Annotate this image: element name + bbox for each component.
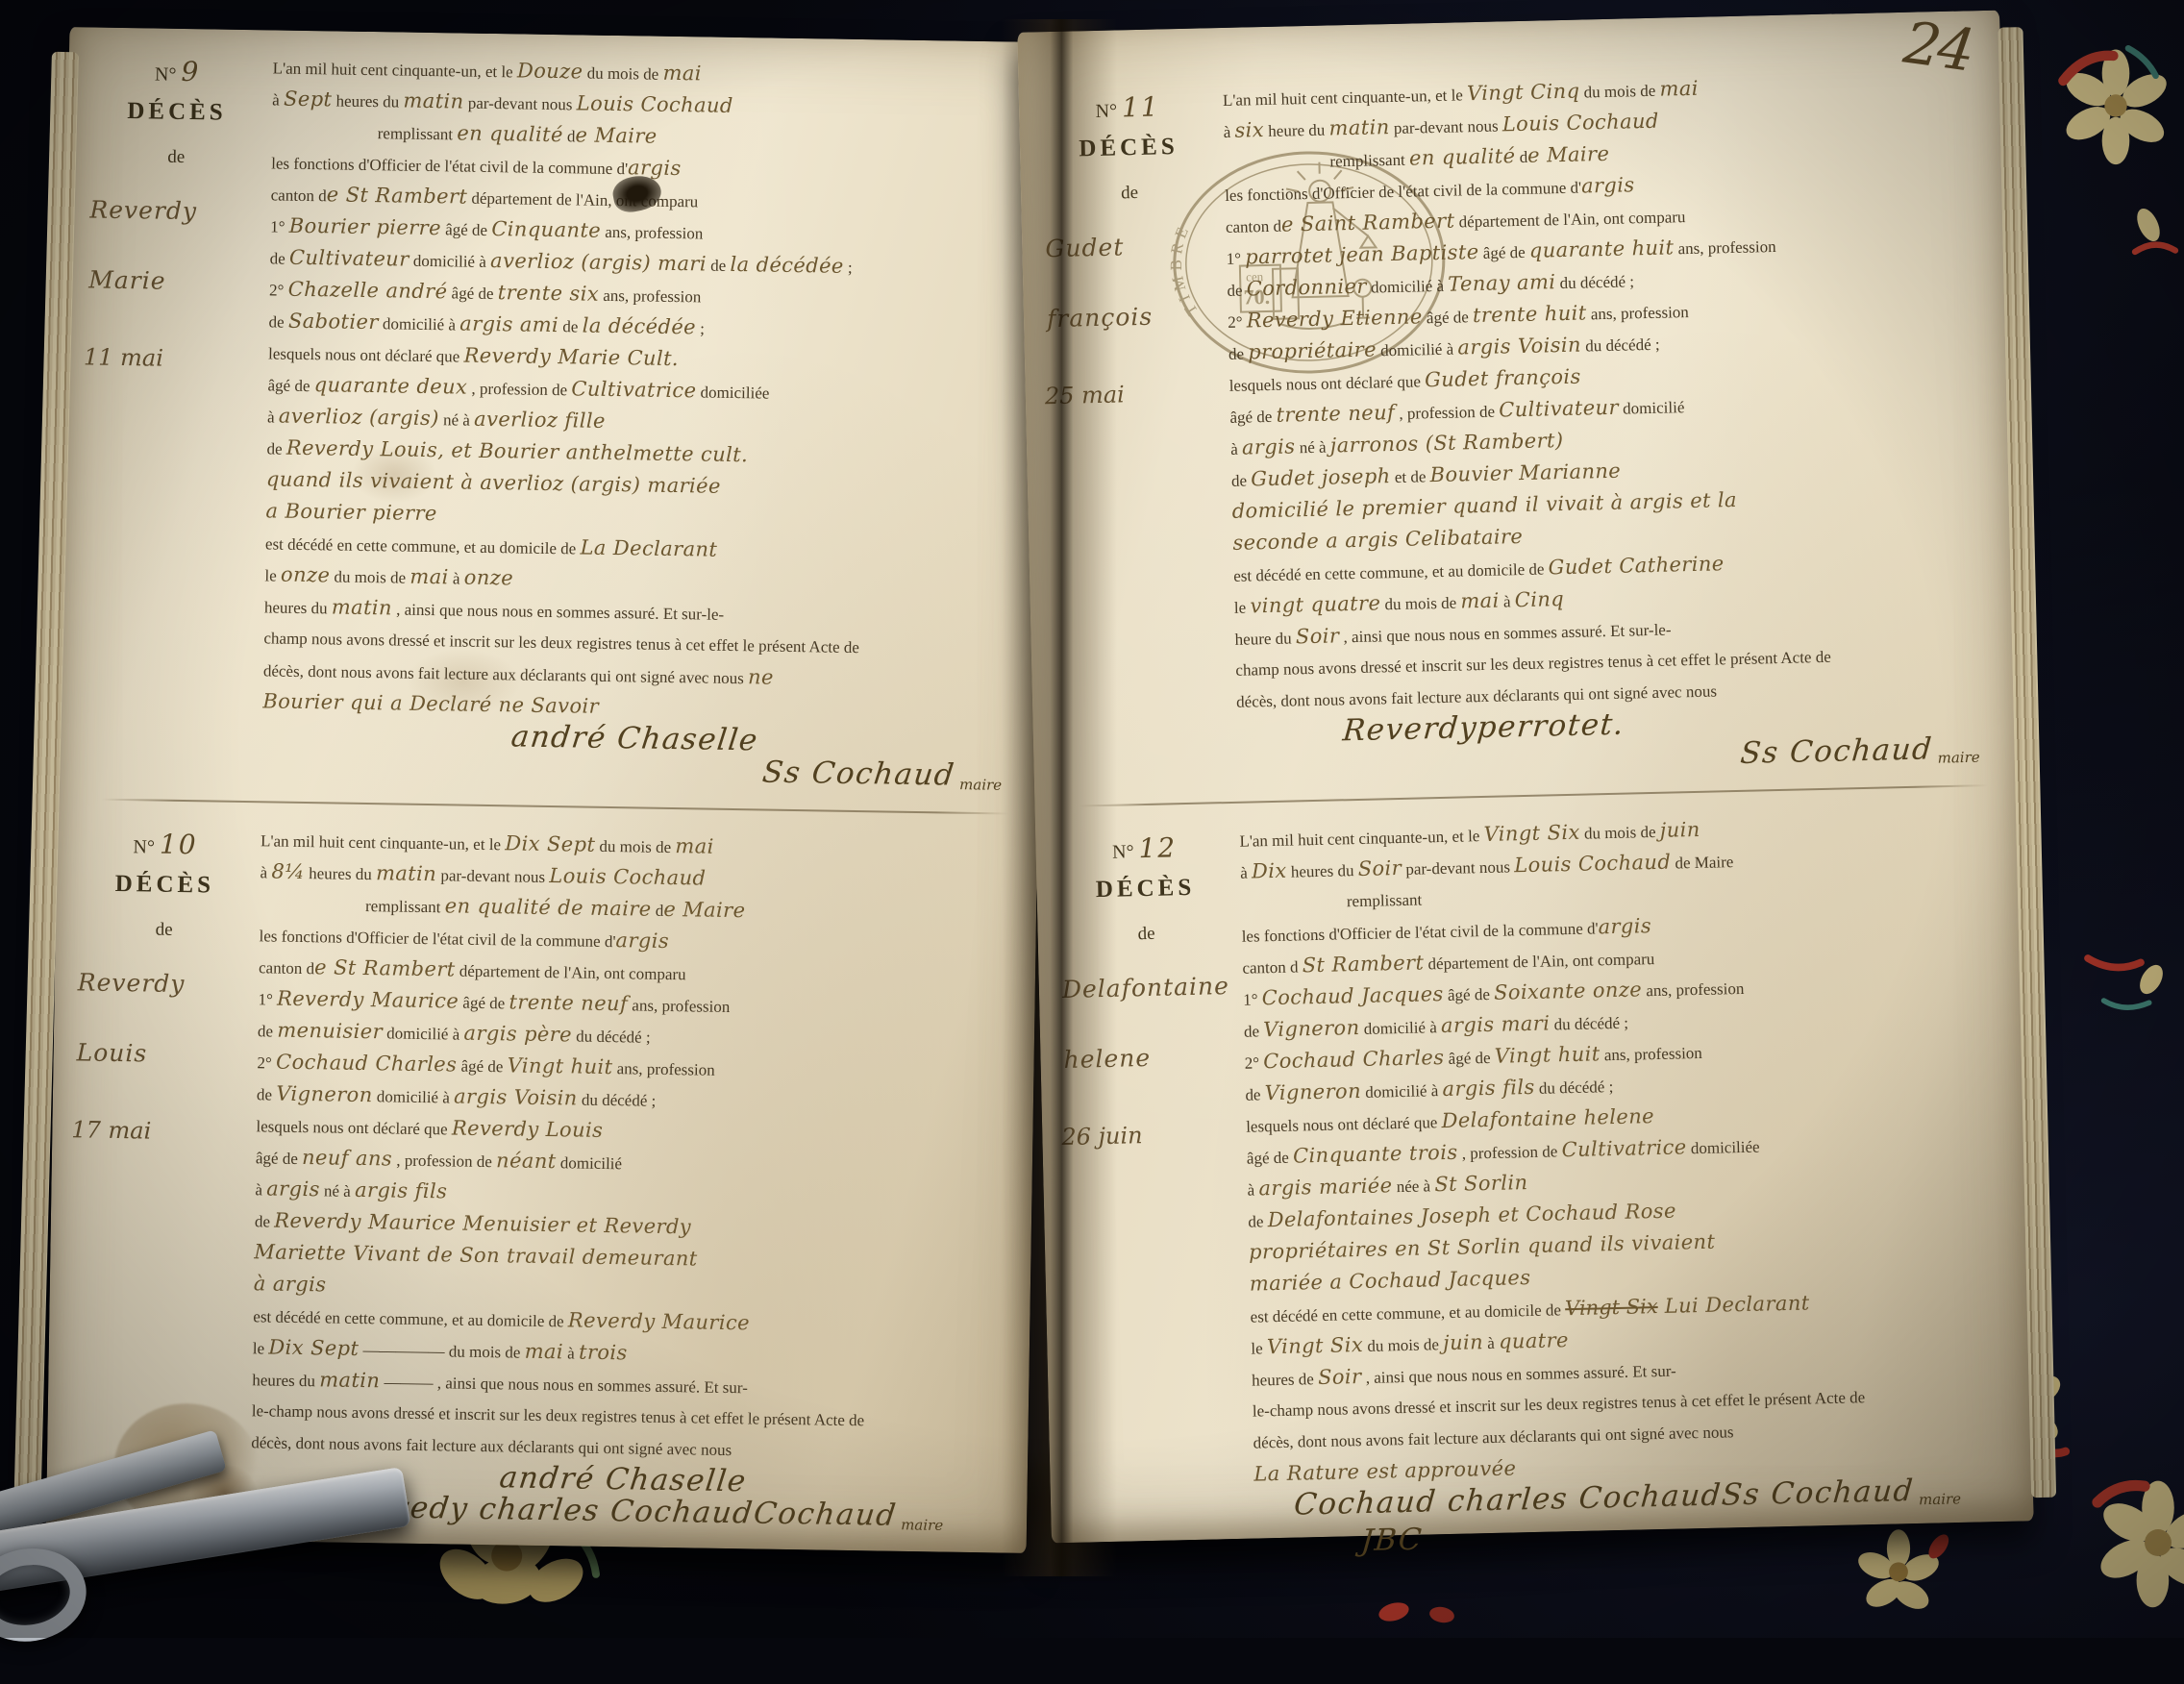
record-body: L'an mil huit cent cinquante-un, et le D… — [261, 53, 1042, 800]
record-type-label: DÉCÈS — [69, 871, 260, 901]
death-record-12: N° 12 DÉCÈS de Delafontaine helene 26 ju… — [1035, 786, 2035, 1570]
margin-death-date: 26 juin — [1055, 1120, 1247, 1151]
flower-icon — [2053, 38, 2178, 173]
flower-icon — [2128, 188, 2184, 275]
record-number: N° 9 — [82, 54, 272, 88]
record-body: cen 70. TIMBRE L'an mil huit cent cinqua… — [1223, 68, 2009, 788]
flower-icon — [2091, 1471, 2184, 1615]
record-number: N° 10 — [70, 828, 261, 862]
margin-deceased-firstname: helene — [1054, 1042, 1245, 1074]
margin-death-date: 11 mai — [78, 343, 268, 373]
corner-page-number: 24 — [1899, 10, 1975, 86]
margin-death-date: 17 mai — [65, 1117, 256, 1147]
page-right: 24 N° 11 DÉCÈS de Gudet françois 25 mai — [1017, 11, 2033, 1544]
record-of-label: de — [68, 919, 259, 943]
death-record-11: N° 11 DÉCÈS de Gudet françois 25 mai — [1017, 11, 2017, 797]
margin-deceased-firstname: Louis — [66, 1039, 257, 1070]
margin-deceased-firstname: Marie — [79, 265, 269, 296]
record-type-label: DÉCÈS — [82, 97, 272, 127]
stamp-arc-text: TIMBRE — [1166, 219, 1202, 319]
record-margin: N° 12 DÉCÈS de Delafontaine helene 26 ju… — [1049, 827, 1255, 1566]
record-body: L'an mil huit cent cinquante-un, et le V… — [1239, 809, 2026, 1561]
record-number: N° 11 — [1032, 89, 1224, 125]
photo-scene: N° 9 DÉCÈS de Reverdy Marie 11 mai L'an … — [0, 0, 2184, 1638]
death-record-9: N° 9 DÉCÈS de Reverdy Marie 11 mai L'an … — [58, 27, 1050, 804]
record-of-label: de — [81, 145, 271, 169]
record-type-label: DÉCÈS — [1050, 874, 1241, 904]
register-book: N° 9 DÉCÈS de Reverdy Marie 11 mai L'an … — [48, 19, 2046, 1596]
record-margin: N° 9 DÉCÈS de Reverdy Marie 11 mai — [71, 50, 273, 787]
record-line: Ss Cochaud maire — [261, 751, 1006, 800]
page-left: N° 9 DÉCÈS de Reverdy Marie 11 mai L'an … — [46, 27, 1051, 1553]
margin-deceased-surname: Reverdy — [80, 195, 270, 226]
record-of-label: de — [1051, 922, 1241, 947]
record-number: N° 12 — [1049, 830, 1240, 866]
margin-deceased-surname: Reverdy — [68, 969, 259, 1000]
flower-icon — [2067, 923, 2172, 1057]
margin-deceased-surname: Delafontaine — [1053, 972, 1244, 1003]
